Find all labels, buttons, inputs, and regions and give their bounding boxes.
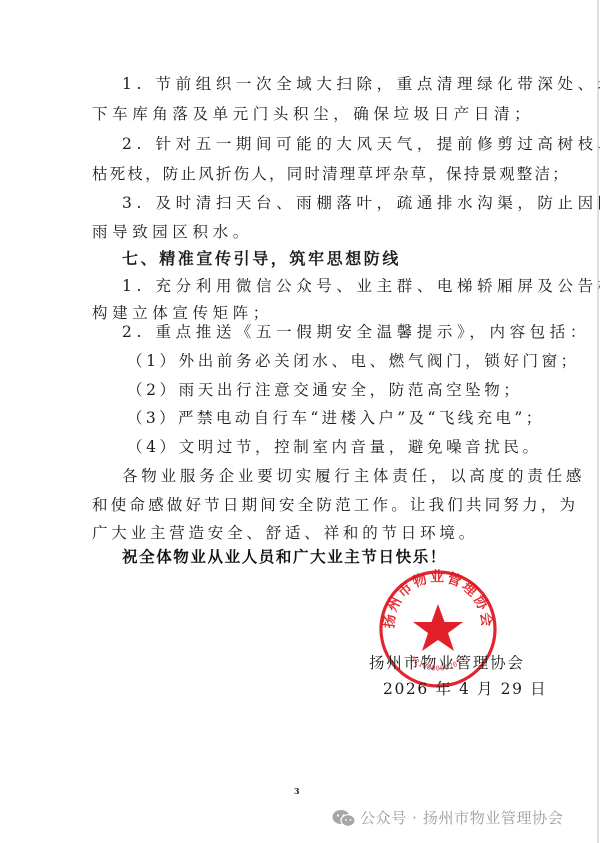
paragraph-line: 广大业主营造安全、舒适、祥和的节日环境。 xyxy=(92,523,478,543)
document-page: 1. 节前组织一次全域大扫除，重点清理绿化带深处、地 下车库角落及单元门头积尘，… xyxy=(0,0,599,843)
signature-date: 2026 年 4 月 29 日 xyxy=(383,677,547,699)
paragraph-line: 2. 针对五一期间可能的大风天气，提前修剪过高树枝、 xyxy=(122,134,600,154)
paragraph-line: 2. 重点推送《五一假期安全温馨提示》，内容包括： xyxy=(122,322,590,342)
wechat-icon xyxy=(332,809,356,827)
list-item: （3）严禁电动自行车“进楼入户”及“飞线充电”； xyxy=(127,408,545,428)
paragraph-line: 雨导致园区积水。 xyxy=(92,222,253,242)
closing-greeting: 祝全体物业从业人员和广大业主节日快乐！ xyxy=(122,545,447,567)
list-item: （2）雨天出行注意交通安全，防范高空坠物； xyxy=(127,380,522,400)
paragraph-line: 构建立体宣传矩阵； xyxy=(92,303,273,323)
section-heading: 七、精准宣传引导，筑牢思想防线 xyxy=(122,249,401,269)
paragraph-line: 下车库角落及单元门头积尘，确保垃圾日产日清； xyxy=(92,104,534,124)
list-item: （1）外出前务必关闭水、电、燃气阀门，锁好门窗； xyxy=(127,351,580,371)
star-icon xyxy=(413,604,463,651)
signature-organization: 扬州市物业管理协会 xyxy=(369,651,525,673)
list-item: （4）文明过节，控制室内音量，避免噪音扰民。 xyxy=(127,437,542,457)
page-number: 3 xyxy=(294,786,300,796)
paragraph-line: 1. 节前组织一次全域大扫除，重点清理绿化带深处、地 xyxy=(122,74,600,94)
paragraph-line: 1. 充分利用微信公众号、业主群、电梯轿厢屏及公告栏， xyxy=(122,276,600,296)
paragraph-line: 和使命感做好节日期间安全防范工作。让我们共同努力，为 xyxy=(92,495,578,515)
wechat-watermark: 公众号 · 扬州市物业管理协会 xyxy=(332,807,563,828)
watermark-text: 公众号 · 扬州市物业管理协会 xyxy=(360,807,563,828)
paragraph-line: 枯死枝，防止风折伤人，同时清理草坪杂草，保持景观整洁； xyxy=(92,164,570,184)
paragraph-line: 各物业服务企业要切实履行主体责任，以高度的责任感 xyxy=(122,466,585,486)
paragraph-line: 3. 及时清扫天台、雨棚落叶，疏通排水沟渠，防止因降 xyxy=(122,193,600,213)
